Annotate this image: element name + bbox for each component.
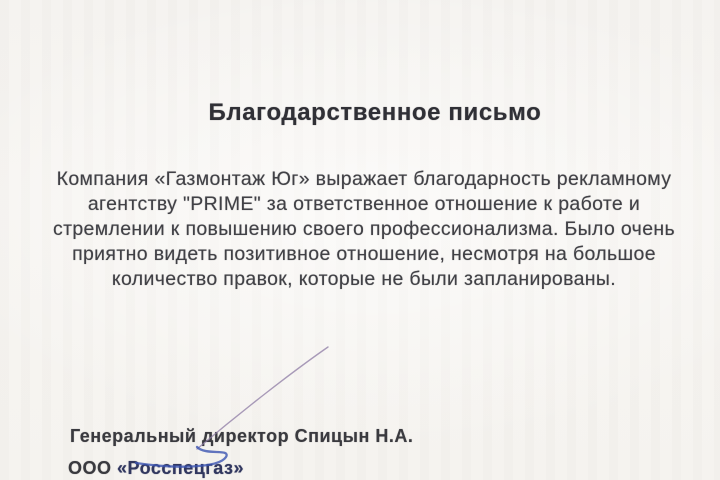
letter-body-line: стремлении к повышению своего профессион… [14,217,714,242]
company-line: ООО «Росспецгаз» [68,458,244,479]
letter-body-line: приятно видеть позитивное отношение, нес… [14,242,714,267]
letter-body-line: Компания «Газмонтаж Юг» выражает благода… [14,167,714,192]
company-prefix: ООО [68,458,117,478]
company-name: «Росспецгаз» [117,458,244,478]
letter-body-line: агентству "PRIME" за ответственное отнош… [14,192,714,217]
scanned-letter-page: Благодарственное письмо Компания «Газмон… [0,0,720,480]
letter-body: Компания «Газмонтаж Юг» выражает благода… [14,167,714,292]
letter-body-line: количество правок, которые не были запла… [14,267,714,292]
signatory-line: Генеральный директор Спицын Н.А. [70,426,413,447]
letter-title: Благодарственное письмо [30,99,720,127]
